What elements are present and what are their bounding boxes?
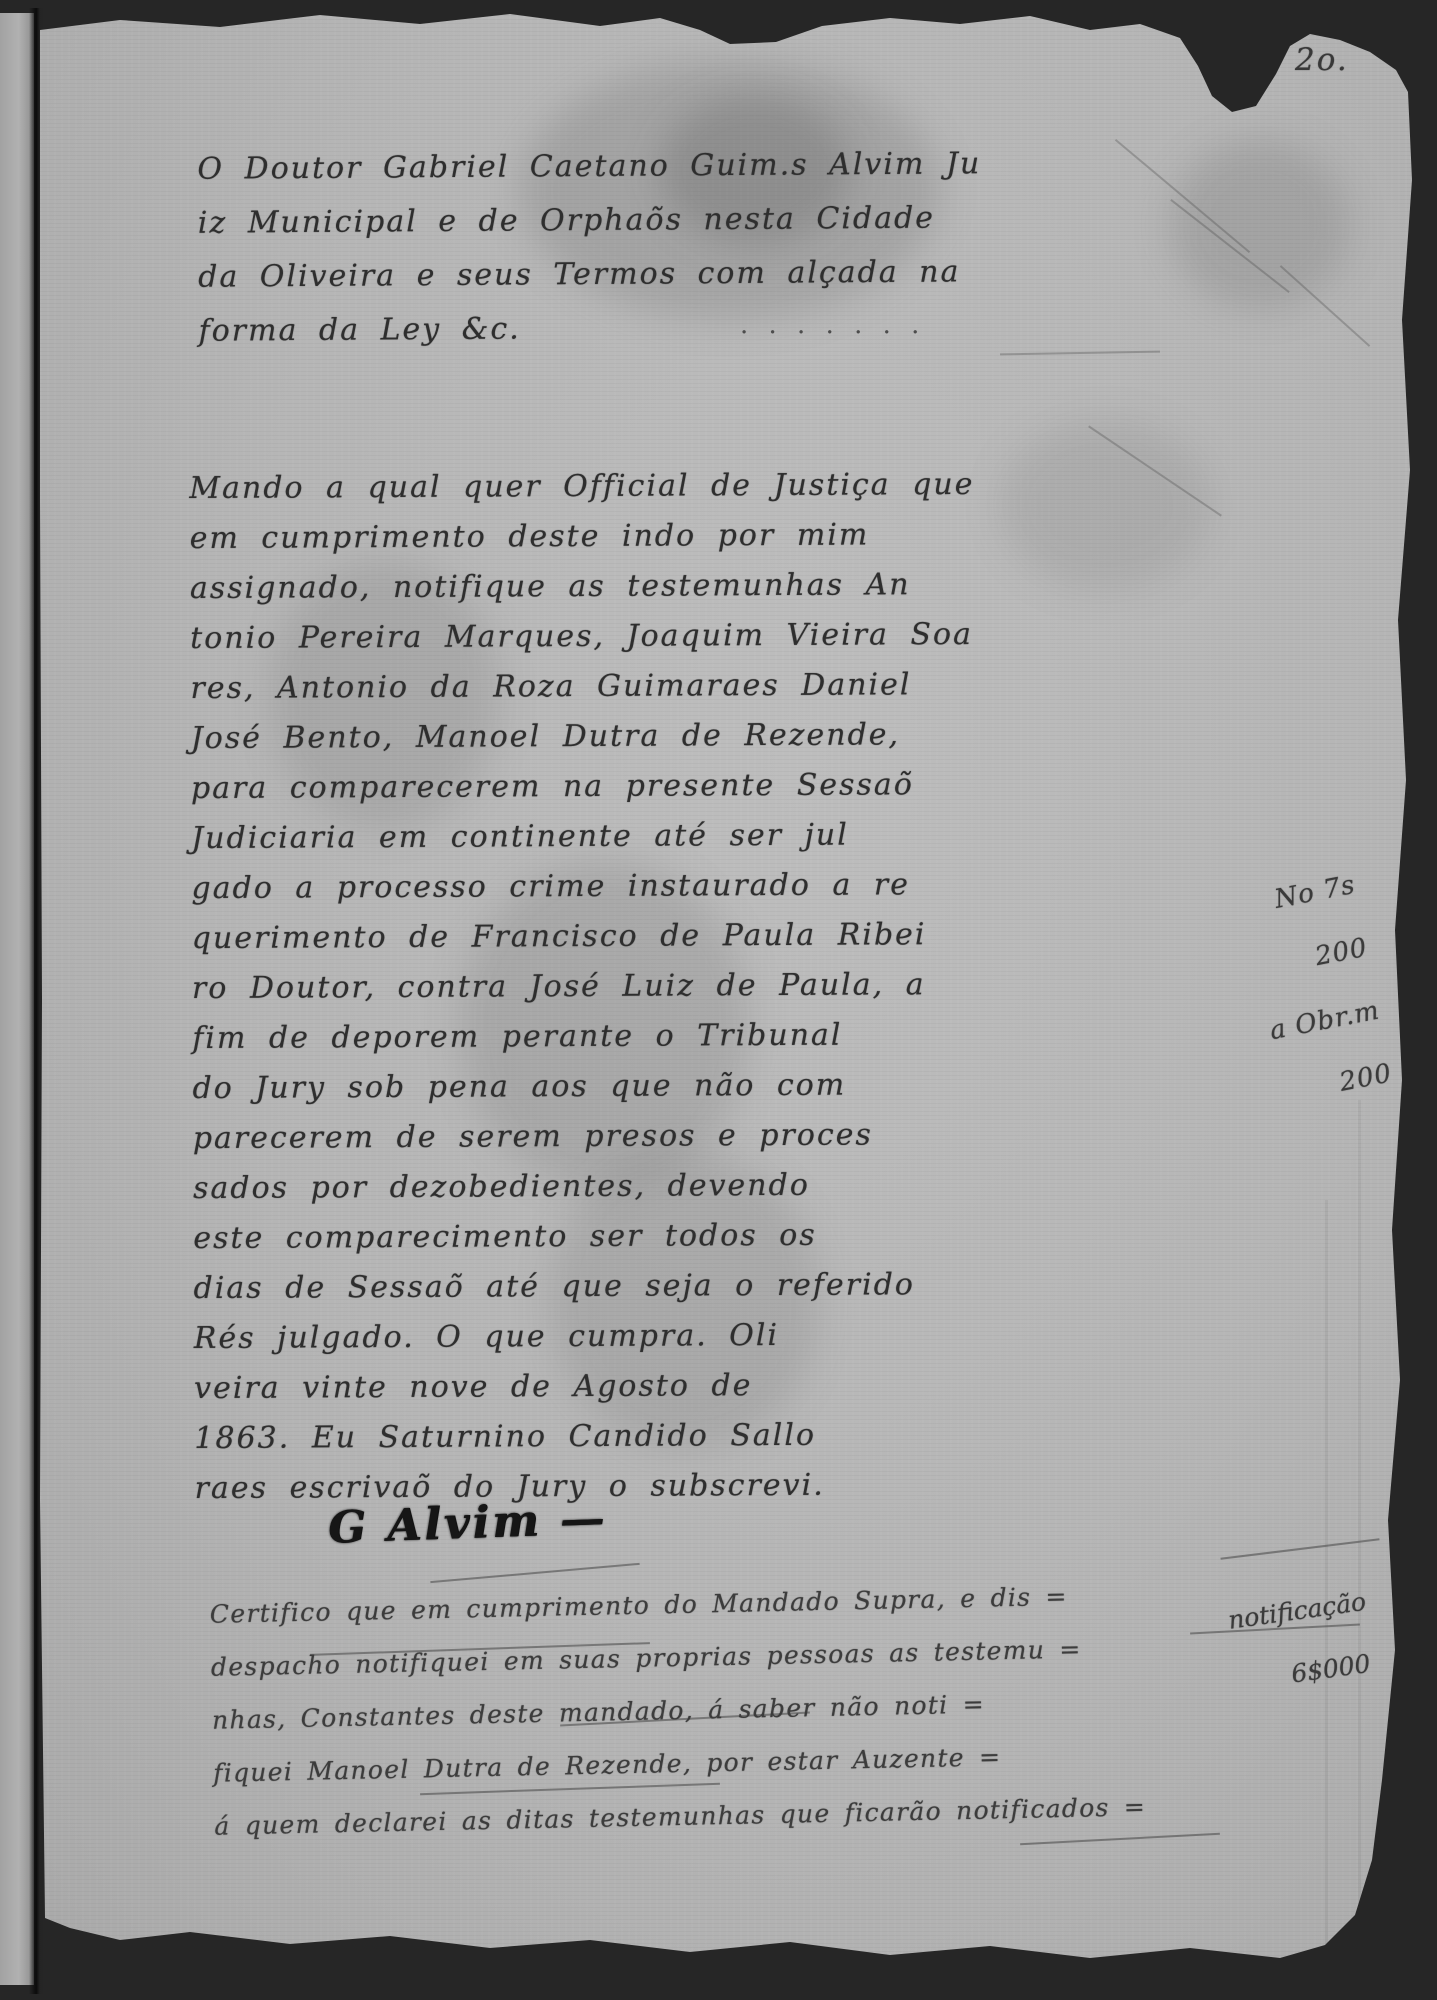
manuscript-line: querimento de Francisco de Paula Ribei xyxy=(192,910,977,964)
manuscript-line: iz Municipal e de Orphaõs nesta Cidade xyxy=(198,191,982,250)
manuscript-line: res, Antonio da Roza Guimaraes Daniel xyxy=(190,660,975,714)
manuscript-line: sados por dezobedientes, devendo xyxy=(193,1160,978,1214)
manuscript-line: gado a processo crime instaurado a re xyxy=(191,860,976,914)
manuscript-line: este comparecimento ser todos os xyxy=(193,1210,978,1264)
manuscript-line: para comparecerem na presente Sessaõ xyxy=(191,760,976,814)
margin-note: 6$000 xyxy=(1287,1632,1379,1705)
stain xyxy=(1000,420,1210,590)
manuscript-line: assignado, notifique as testemunhas An xyxy=(190,560,975,614)
manuscript-line: em cumprimento deste indo por mim xyxy=(190,510,975,564)
stain xyxy=(1170,140,1350,310)
manuscript-line: O Doutor Gabriel Caetano Guim.s Alvim Ju xyxy=(197,137,981,196)
manuscript-line: fim de deporem perante o Tribunal xyxy=(192,1010,977,1064)
folio-number: 2o. xyxy=(1295,42,1349,78)
manuscript-line: Mando a qual quer Official de Justiça qu… xyxy=(189,460,974,514)
manuscript-line: 1863. Eu Saturnino Candido Sallo xyxy=(194,1410,979,1464)
heading-trailing-dots: · · · · · · · xyxy=(740,318,925,348)
fold-line xyxy=(1358,1100,1361,1950)
judge-signature: G Alvim — xyxy=(327,1493,608,1554)
manuscript-line: veira vinte nove de Agosto de xyxy=(194,1360,979,1414)
manuscript-line: Rés julgado. O que cumpra. Oli xyxy=(194,1310,979,1364)
manuscript-line: da Oliveira e seus Termos com alçada na xyxy=(198,245,982,304)
body-block: Mando a qual quer Official de Justiça qu… xyxy=(189,460,980,1514)
certificate-margin-notes: notificação 6$000 xyxy=(1224,1571,1379,1713)
manuscript-line: ro Doutor, contra José Luiz de Paula, a xyxy=(192,960,977,1014)
manuscript-paper: 2o. O Doutor Gabriel Caetano Guim.s Alvi… xyxy=(40,0,1420,2000)
manuscript-line: parecerem de serem presos e proces xyxy=(193,1110,978,1164)
manuscript-line: José Bento, Manoel Dutra de Rezende, xyxy=(191,710,976,764)
certificate-block: Certifico que em cumprimento do Mandado … xyxy=(209,1568,1146,1852)
scanned-manuscript: 2o. O Doutor Gabriel Caetano Guim.s Alvi… xyxy=(0,0,1437,2000)
manuscript-line: dias de Sessaõ até que seja o referido xyxy=(193,1260,978,1314)
manuscript-line: tonio Pereira Marques, Joaquim Vieira So… xyxy=(190,610,975,664)
manuscript-line: Judiciaria em continente até ser jul xyxy=(191,810,976,864)
manuscript-line: do Jury sob pena aos que não com xyxy=(192,1060,977,1114)
